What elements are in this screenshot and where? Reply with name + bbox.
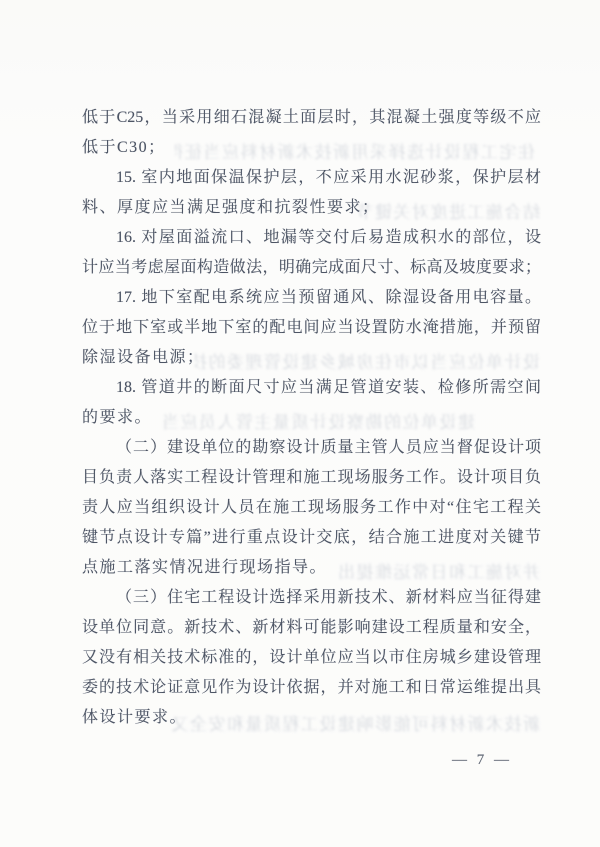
text-line: 设单位同意。新技术、新材料可能影响建设工程质量和安全， bbox=[82, 613, 541, 643]
text-line-item-18: 18. 管道井的断面尺寸应当满足管道安装、检修所需空间 bbox=[82, 373, 541, 403]
text-line: 委的技术论证意见作为设计依据，并对施工和日常运维提出具 bbox=[82, 673, 541, 703]
text-line: 低于C25，当采用细石混凝土面层时，其混凝土强度等级不应 bbox=[82, 103, 541, 133]
document-page: 住宅工程设计选择采用新技术新材料应当征得 结合施工进度对关键节 设计单位应当以市… bbox=[0, 0, 600, 847]
text-line: 键节点设计专篇”进行重点设计交底，结合施工进度对关键节 bbox=[82, 523, 541, 553]
text-line: 低于C30； bbox=[82, 133, 541, 163]
text-line: 计应当考虑屋面构造做法，明确完成面尺寸、标高及坡度要求； bbox=[82, 253, 541, 283]
text-line: 点施工落实情况进行现场指导。 bbox=[82, 553, 541, 583]
text-line: 除湿设备电源； bbox=[82, 343, 541, 373]
text-line-item-15: 15. 室内地面保温保护层，不应采用水泥砂浆，保护层材 bbox=[82, 163, 541, 193]
text-line: 目负责人落实工程设计管理和施工现场服务工作。设计项目负 bbox=[82, 463, 541, 493]
text-line-item-16: 16. 对屋面溢流口、地漏等交付后易造成积水的部位，设 bbox=[82, 223, 541, 253]
text-line-section-3: （三）住宅工程设计选择采用新技术、新材料应当征得建 bbox=[82, 583, 541, 613]
text-line: 料、厚度应当满足强度和抗裂性要求； bbox=[82, 193, 541, 223]
text-line-section-2: （二）建设单位的勘察设计质量主管人员应当督促设计项 bbox=[82, 433, 541, 463]
text-line: 体设计要求。 bbox=[82, 703, 541, 733]
text-line: 又没有相关技术标准的，设计单位应当以市住房城乡建设管理 bbox=[82, 643, 541, 673]
document-body: 低于C25，当采用细石混凝土面层时，其混凝土强度等级不应 低于C30； 15. … bbox=[82, 103, 541, 733]
text-line: 的要求。 bbox=[82, 403, 541, 433]
page-number: — 7 — bbox=[452, 748, 512, 772]
text-line: 位于地下室或半地下室的配电间应当设置防水淹措施，并预留 bbox=[82, 313, 541, 343]
text-line-item-17: 17. 地下室配电系统应当预留通风、除湿设备用电容量。 bbox=[82, 283, 541, 313]
text-line: 责人应当组织设计人员在施工现场服务工作中对“住宅工程关 bbox=[82, 493, 541, 523]
